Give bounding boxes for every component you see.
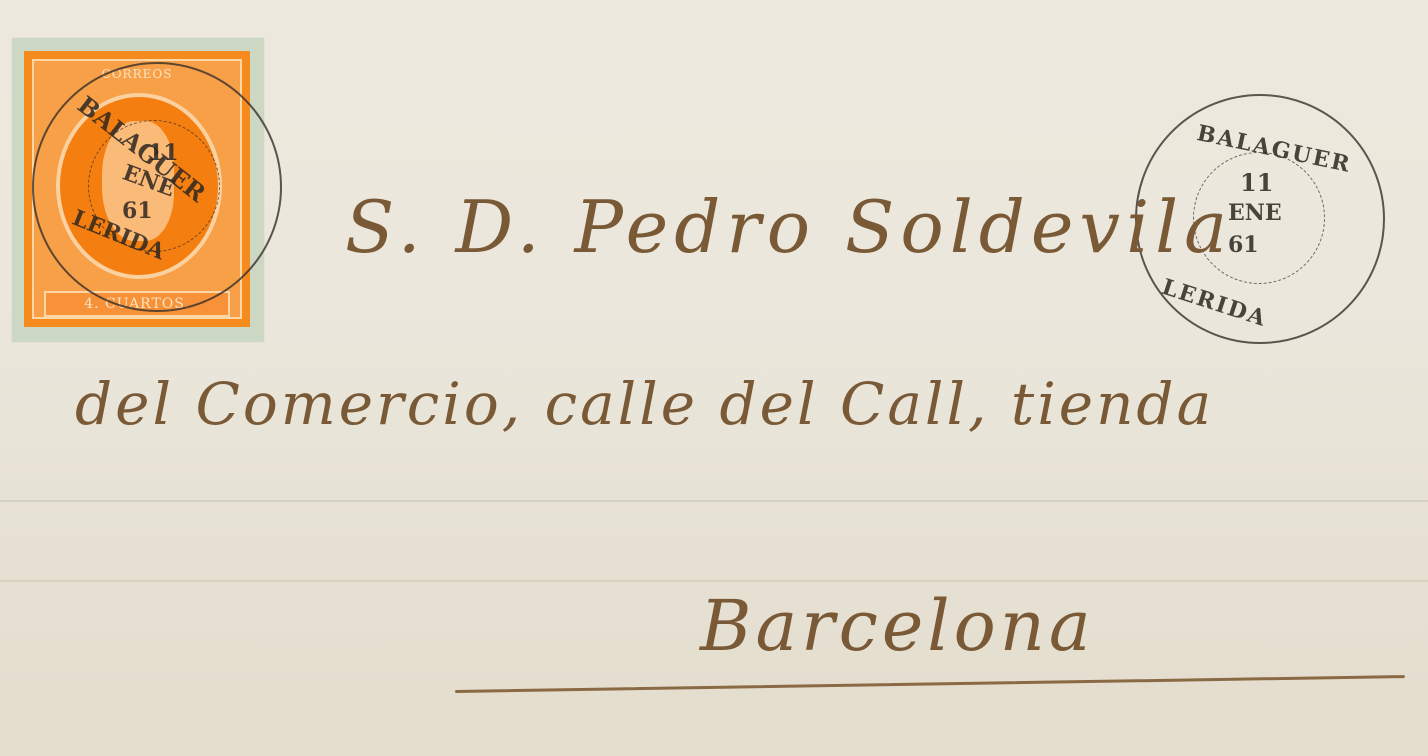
address-line-3: Barcelona xyxy=(700,585,1095,667)
stamp-cancel-year: 61 xyxy=(122,198,153,224)
address-line-1: S. D. Pedro Soldevila xyxy=(345,185,1233,269)
postal-cover: CORREOS 4. CUARTOS. BALAGUER LERIDA 11 E… xyxy=(0,0,1428,756)
paper-fold xyxy=(0,500,1428,502)
postmark-month: ENE xyxy=(1228,200,1282,226)
paper-fold xyxy=(0,580,1428,582)
stamp-cancel-day: 11 xyxy=(148,140,179,166)
address-underline xyxy=(455,675,1405,693)
address-line-2: del Comercio, calle del Call, tienda xyxy=(75,370,1214,438)
postmark-day: 11 xyxy=(1240,168,1273,197)
